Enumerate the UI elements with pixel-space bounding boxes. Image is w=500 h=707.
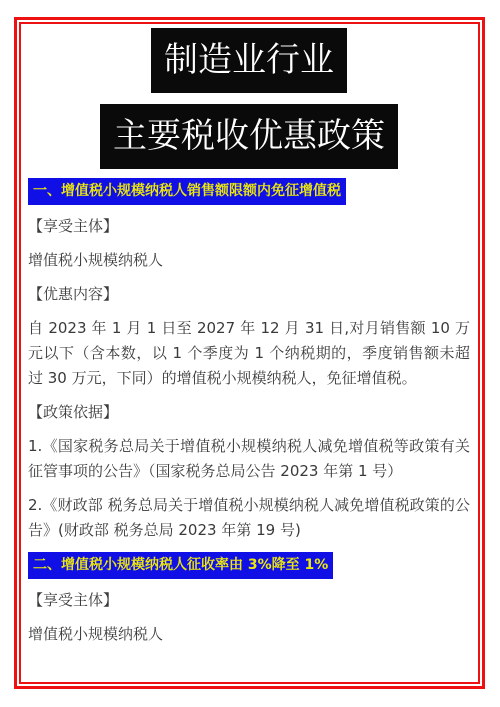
section-1-basis-label: 【政策依据】	[28, 400, 470, 425]
doc-title-line1: 制造业行业	[151, 28, 347, 93]
section-1-content-label: 【优惠内容】	[28, 282, 470, 307]
document-page: 制造业行业 主要税收优惠政策 一、增值税小规模纳税人销售额限额内免征增值税 【享…	[0, 0, 500, 707]
section-1-heading: 一、增值税小规模纳税人销售额限额内免征增值税	[28, 178, 346, 205]
section-2-heading: 二、增值税小规模纳税人征收率由 3%降至 1%	[28, 552, 333, 579]
page-border-inner: 制造业行业 主要税收优惠政策 一、增值税小规模纳税人销售额限额内免征增值税 【享…	[19, 22, 480, 684]
section-2-subject-label: 【享受主体】	[28, 588, 470, 613]
section-2-subject-text: 增值税小规模纳税人	[28, 622, 470, 647]
section-1-subject-label: 【享受主体】	[28, 214, 470, 239]
page-content: 制造业行业 主要税收优惠政策 一、增值税小规模纳税人销售额限额内免征增值税 【享…	[21, 24, 478, 647]
section-1-subject-text: 增值税小规模纳税人	[28, 248, 470, 273]
section-1-basis-item-2: 2.《财政部 税务总局关于增值税小规模纳税人减免增值税政策的公告》(财政部 税务…	[28, 493, 470, 543]
doc-title-line2: 主要税收优惠政策	[100, 104, 398, 169]
page-border-frame: 制造业行业 主要税收优惠政策 一、增值税小规模纳税人销售额限额内免征增值税 【享…	[14, 17, 485, 689]
section-1-basis-item-1: 1.《国家税务总局关于增值税小规模纳税人减免增值税等政策有关征管事项的公告》（国…	[28, 434, 470, 484]
section-1-content-text: 自 2023 年 1 月 1 日至 2027 年 12 月 31 日,对月销售额…	[28, 316, 470, 391]
